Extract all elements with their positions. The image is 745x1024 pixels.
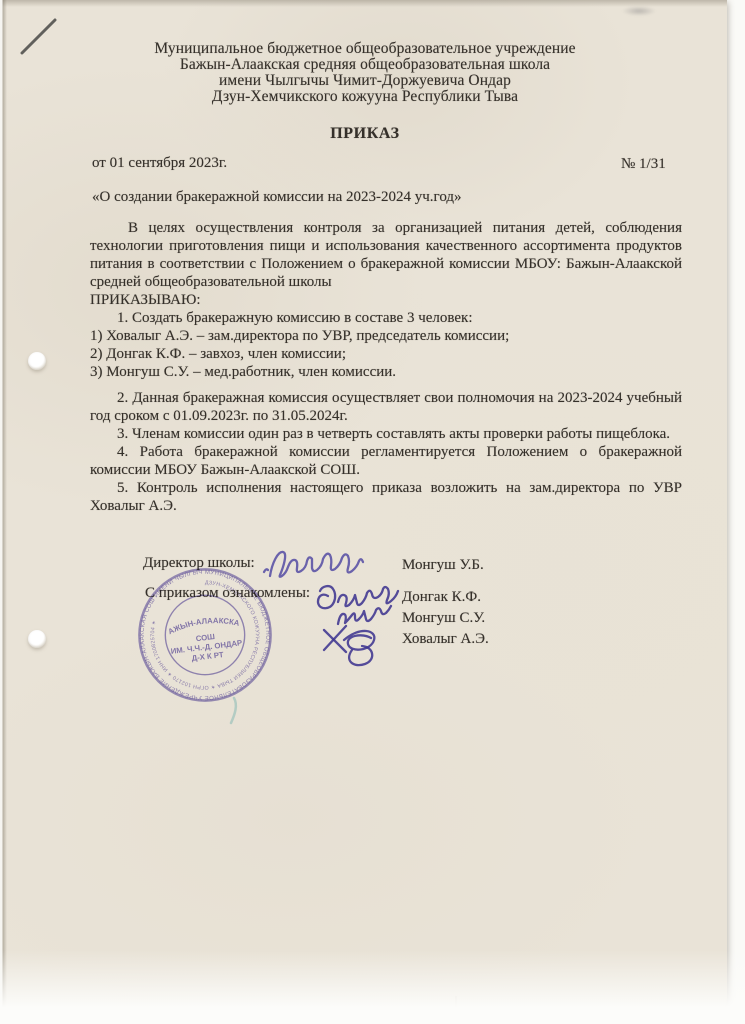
order-item-3: 3. Членам комиссии один раз в четверть с… xyxy=(90,425,682,443)
order-item-2: 2. Данная бракеражная комиссия осуществл… xyxy=(90,389,682,425)
hole-punch-bottom xyxy=(28,630,46,648)
hole-punch-top xyxy=(28,352,46,370)
org-line: имени Чылгычы Чимит-Доржуевича Ондар xyxy=(60,73,670,89)
signature-dongak-icon xyxy=(318,586,398,608)
member-line: 3) Монгуш С.У. – мед.работник, член коми… xyxy=(90,363,682,381)
pen-stroke-mark xyxy=(14,12,74,62)
intro-paragraph: В целях осуществления контроля за органи… xyxy=(90,219,682,291)
signature-khovalyg-icon xyxy=(324,626,374,665)
member-line: 1) Ховалыг А.Э. – зам.директора по УВР, … xyxy=(90,327,682,345)
member-line: 2) Донгак К.Ф. – завхоз, член комиссии; xyxy=(90,345,682,363)
school-stamp: МУНИЦИПАЛЬНОЕ БЮДЖЕТНОЕ ОБЩЕОБРАЗОВАТЕЛЬ… xyxy=(126,566,284,704)
order-date: от 01 сентября 2023г. xyxy=(92,155,227,172)
order-item-4: 4. Работа бракеражной комиссии регламент… xyxy=(90,443,682,479)
organization-header: Муниципальное бюджетное общеобразователь… xyxy=(60,41,670,105)
scan-left-edge xyxy=(0,0,7,1010)
order-body: В целях осуществления контроля за органи… xyxy=(90,219,682,515)
scan-top-shadow xyxy=(0,0,727,7)
order-number: № 1/31 xyxy=(621,156,666,173)
scan-bottom-fade xyxy=(0,950,745,1024)
order-item-5: 5. Контроль исполнения настоящего приказ… xyxy=(90,479,682,515)
smudge-mark xyxy=(622,6,656,16)
handwritten-signatures xyxy=(250,538,510,678)
org-line: Бажын-Алаакская средняя общеобразователь… xyxy=(60,57,670,73)
org-line: Дзун-Хемчикского кожууна Республики Тыва xyxy=(60,89,670,105)
scanned-order-page: Муниципальное бюджетное общеобразователь… xyxy=(0,0,745,1024)
order-item-1: 1. Создать бракеражную комиссию в состав… xyxy=(90,309,682,327)
prikaz-word: ПРИКАЗЫВАЮ: xyxy=(90,291,682,309)
order-subject: «О создании бракеражной комиссии на 2023… xyxy=(92,189,462,206)
signature-monguš-small-icon xyxy=(338,606,391,624)
org-line: Муниципальное бюджетное общеобразователь… xyxy=(60,41,670,57)
document-title: ПРИКАЗ xyxy=(60,125,670,143)
